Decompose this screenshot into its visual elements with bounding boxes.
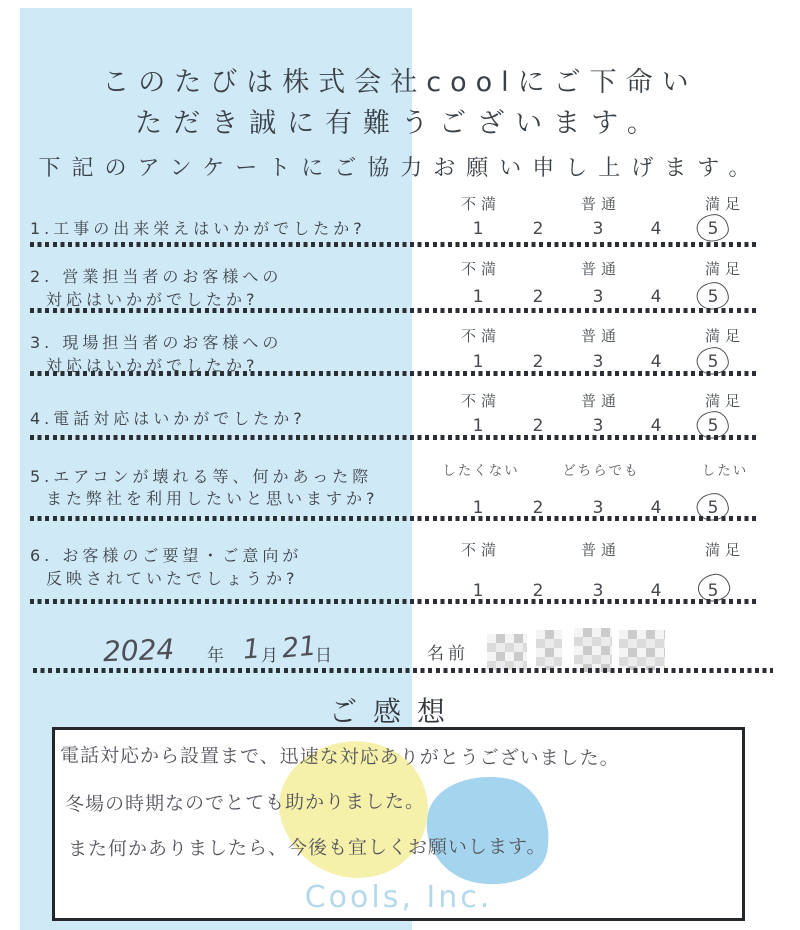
scale-label-mid: 普通 [581,193,621,214]
rating-2: 2 [533,219,544,239]
rating-2: 2 [533,287,544,307]
question-4-text: 4.電話対応はいかがでしたか? [30,406,306,429]
question-5-text-line2: また弊社を利用したいと思いますか? [46,486,379,509]
dotted-separator [30,599,758,604]
rating-3: 3 [593,581,604,601]
month-suffix-label: 月 [261,641,278,666]
question-2-text-line1: 2. 営業担当者のお客様への [30,264,282,287]
scale-label-low: 不満 [461,258,501,279]
rating-1: 1 [473,219,484,239]
question-6: 不満 普通 満足 6. お客様のご要望・ご意向が 反映されていたでしょうか? 1… [0,539,800,609]
rating-4: 4 [651,416,662,436]
question-4: 不満 普通 満足 4.電話対応はいかがでしたか? 1 2 3 4 5 [0,390,800,460]
dotted-separator [30,242,758,247]
rating-1: 1 [473,416,484,436]
circle-mark-icon [695,280,730,311]
scale-label-mid: 普通 [581,325,621,346]
rating-4: 4 [651,352,662,372]
question-1: 不満 普通 満足 1.工事の出来栄えはいかがでしたか? 1 2 3 4 5 [0,193,800,263]
header-line-1: このたびは株式会社coolにご下命い [0,60,800,99]
header-line-2: ただき誠に有難うございます。 [0,101,800,140]
rating-1: 1 [473,581,484,601]
pixelated-block [487,634,527,670]
dotted-separator [30,308,758,313]
handwritten-day: 21 [281,631,318,665]
scale-label-high: 満足 [705,390,745,411]
rating-3: 3 [593,416,604,436]
rating-2: 2 [533,581,544,601]
rating-1: 1 [473,287,484,307]
rating-1: 1 [473,498,484,518]
rating-2: 2 [533,352,544,372]
scale-label-low: 不満 [461,539,501,560]
circle-mark-icon [695,212,730,243]
rating-4: 4 [651,219,662,239]
question-1-text: 1.工事の出来栄えはいかがでしたか? [30,216,366,239]
rating-4: 4 [651,581,662,601]
dotted-separator [30,371,758,376]
scanned-survey-page: このたびは株式会社coolにご下命い ただき誠に有難うございます。 下記のアンケ… [0,0,800,930]
rating-5-circled: 5 [708,287,719,307]
rating-5-circled: 5 [708,219,719,239]
dotted-separator [33,668,773,673]
rating-5-circled: 5 [708,416,719,436]
rating-4: 4 [651,287,662,307]
feedback-comment-box: Cools, Inc. 電話対応から設置まで、迅速な対応ありがとうございました。… [52,727,745,921]
scale-label-mid: どちらでも [562,459,639,479]
header-line-3: 下記のアンケートにご協力お願い申し上げます。 [0,151,800,182]
scale-label-low: 不満 [461,390,501,411]
handwritten-comment-line1: 電話対応から設置まで、迅速な対応ありがとうございました。 [60,741,620,771]
scale-label-high: 満足 [705,325,745,346]
rating-3: 3 [593,219,604,239]
feedback-title: ご感想 [0,690,790,730]
rating-2: 2 [533,416,544,436]
rating-3: 3 [593,352,604,372]
scale-label-high: 満足 [705,193,745,214]
pixelated-block [574,628,612,672]
question-6-text-line1: 6. お客様のご要望・ご意向が [30,543,302,566]
day-suffix-label: 日 [315,641,332,666]
scale-label-low: 不満 [461,325,501,346]
pixelated-block [536,630,562,670]
dotted-separator [30,516,758,521]
scale-label-high: したい [702,459,749,479]
rating-1: 1 [473,352,484,372]
question-5: したくない どちらでも したい 5.エアコンが壊れる等、何かあった際 また弊社を… [0,459,800,529]
rating-3: 3 [593,287,604,307]
pixelated-block [619,630,665,670]
scale-label-mid: 普通 [581,390,621,411]
handwritten-comment-line3: また何かありましたら、今後も宜しくお願いします。 [68,832,547,862]
blue-blob-decoration [418,766,559,894]
name-label: 名前 [427,639,469,664]
censored-name [487,628,665,672]
scale-label-mid: 普通 [581,258,621,279]
question-2-text-line2: 対応はいかがでしたか? [46,287,259,310]
company-watermark: Cools, Inc. [55,880,742,915]
dotted-separator [30,435,758,440]
handwritten-year: 2024 [102,633,174,668]
handwritten-month: 1 [242,633,261,665]
question-2: 不満 普通 満足 2. 営業担当者のお客様への 対応はいかがでしたか? 1 2 … [0,258,800,328]
question-3: 不満 普通 満足 3. 現場担当者のお客様への 対応はいかがでしたか? 1 2 … [0,325,800,395]
handwritten-comment-line2: 冬場の時期なのでとても助かりました。 [65,786,425,816]
question-6-text-line2: 反映されていたでしょうか? [46,566,299,589]
scale-label-high: 満足 [705,258,745,279]
scale-label-high: 満足 [705,539,745,560]
rating-5-circled: 5 [708,581,719,601]
rating-4: 4 [651,498,662,518]
scale-label-low: 不満 [461,193,501,214]
rating-5-circled: 5 [708,352,719,372]
scale-label-low: したくない [442,459,520,479]
question-5-text-line1: 5.エアコンが壊れる等、何かあった際 [30,464,372,487]
scale-label-mid: 普通 [581,539,621,560]
rating-2: 2 [533,498,544,518]
question-3-text-line1: 3. 現場担当者のお客様への [30,330,282,353]
rating-3: 3 [593,498,604,518]
rating-5-circled: 5 [708,498,719,518]
year-suffix-label: 年 [207,641,226,666]
